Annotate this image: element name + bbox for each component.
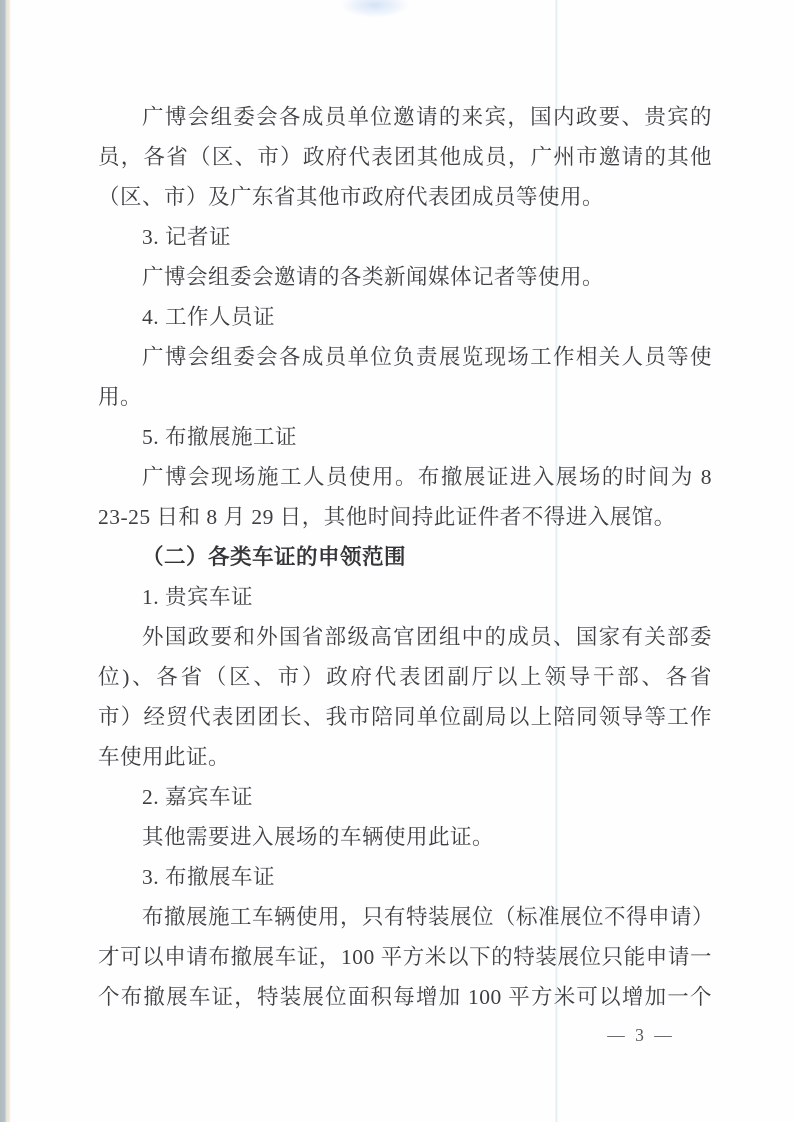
list-item-heading: 4. 工作人员证 bbox=[98, 297, 712, 337]
text-line: 外国政要和外国省部级高官团组中的成员、国家有关部委(单 bbox=[98, 617, 712, 657]
document-page: 广博会组委会各成员单位邀请的来宾，国内政要、贵宾的随 员，各省（区、市）政府代表… bbox=[0, 0, 794, 1122]
scan-edge-strip bbox=[0, 0, 11, 1122]
text-line: 用。 bbox=[98, 377, 712, 417]
text-line: 广博会组委会各成员单位负责展览现场工作相关人员等使 bbox=[98, 337, 712, 377]
text-line: 23-25 日和 8 月 29 日，其他时间持此证件者不得进入展馆。 bbox=[98, 497, 712, 537]
text-line: （区、市）及广东省其他市政府代表团成员等使用。 bbox=[98, 177, 712, 217]
list-item-heading: 2. 嘉宾车证 bbox=[98, 777, 712, 817]
section-heading: （二）各类车证的申领范围 bbox=[98, 537, 712, 577]
text-line: 市）经贸代表团团长、我市陪同单位副局以上陪同领导等工作用 bbox=[98, 697, 712, 737]
text-line: 车使用此证。 bbox=[98, 737, 712, 777]
list-item-heading: 1. 贵宾车证 bbox=[98, 577, 712, 617]
text-line: 广博会现场施工人员使用。布撤展证进入展场的时间为 8 月 bbox=[98, 457, 712, 497]
page-number: — 3 — bbox=[596, 1019, 686, 1051]
scan-smudge bbox=[340, 0, 410, 18]
text-line: 其他需要进入展场的车辆使用此证。 bbox=[98, 817, 712, 857]
text-line: 广博会组委会邀请的各类新闻媒体记者等使用。 bbox=[98, 257, 712, 297]
text-line: 广博会组委会各成员单位邀请的来宾，国内政要、贵宾的随 bbox=[98, 97, 712, 137]
list-item-heading: 5. 布撤展施工证 bbox=[98, 417, 712, 457]
text-line: 员，各省（区、市）政府代表团其他成员，广州市邀请的其他省 bbox=[98, 137, 712, 177]
text-line: 布撤展施工车辆使用，只有特装展位（标准展位不得申请） bbox=[98, 897, 712, 937]
list-item-heading: 3. 记者证 bbox=[98, 217, 712, 257]
document-body: 广博会组委会各成员单位邀请的来宾，国内政要、贵宾的随 员，各省（区、市）政府代表… bbox=[98, 97, 712, 1017]
text-line: 个布撤展车证，特装展位面积每增加 100 平方米可以增加一个布 bbox=[98, 977, 712, 1017]
text-line: 才可以申请布撤展车证，100 平方米以下的特装展位只能申请一 bbox=[98, 937, 712, 977]
text-line: 位)、各省（区、市）政府代表团副厅以上领导干部、各省（区、 bbox=[98, 657, 712, 697]
list-item-heading: 3. 布撤展车证 bbox=[98, 857, 712, 897]
